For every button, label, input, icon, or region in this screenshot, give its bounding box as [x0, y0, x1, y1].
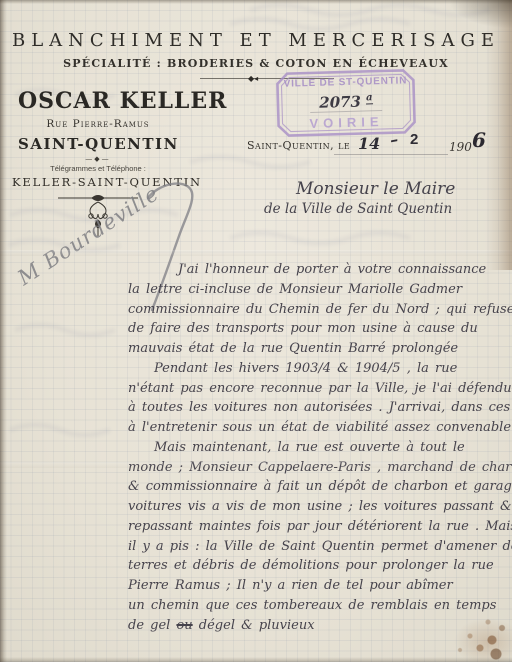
letter-body: J'ai l'honneur de porter à votre connais…	[128, 260, 510, 635]
dateline-day: 14	[358, 134, 380, 153]
letterhead-title: BLANCHIMENT ET MERCERISAGE	[0, 30, 512, 51]
foxing-stain	[430, 588, 512, 662]
letter-line: & commissionnaire à fait un dépôt de cha…	[128, 477, 510, 497]
telegraph-name: KELLER-SAINT-QUENTIN	[12, 175, 184, 189]
bottom-edge-shadow	[0, 657, 512, 662]
letter-line: mauvais état de la rue Quentin Barré pro…	[128, 339, 510, 359]
letter-line: à l'entretenir sous un état de viabilité…	[128, 418, 510, 438]
letter-line: Pendant les hivers 1903/4 & 1904/5 , la …	[128, 359, 510, 379]
stamp-number-suffix: a	[366, 92, 373, 104]
letter-line: il y a pis : la Ville de Saint Quentin p…	[128, 537, 510, 557]
dateline-year-digit: 6	[472, 128, 486, 152]
recipient-line-1: Monsieur le Maire	[296, 179, 455, 199]
fold-crease	[0, 462, 512, 468]
letter-line: n'étant pas encore reconnue par la Ville…	[128, 379, 510, 399]
struck-word: ou	[176, 618, 192, 633]
letter-page: BLANCHIMENT ET MERCERISAGE SPÉCIALITÉ : …	[0, 0, 512, 662]
recipient-line-2: de la Ville de Saint Quentin	[264, 201, 452, 217]
letter-line: Mais maintenant, la rue est ouverte à to…	[128, 438, 510, 458]
sender-street: Rue Pierre-Ramus	[18, 118, 178, 130]
telegraph-label: Télégrammes et Téléphone :	[18, 164, 178, 173]
letter-line: la lettre ci-incluse de Monsieur Marioll…	[128, 280, 510, 300]
dateline-fill-rule	[334, 154, 448, 155]
fold-crease	[0, 250, 512, 256]
left-edge-shadow	[0, 0, 7, 662]
letter-line: commissionnaire du Chemin de fer du Nord…	[128, 300, 510, 320]
municipal-stamp: VILLE DE ST-QUENTIN 2073 a VOIRIE	[275, 68, 417, 138]
letter-line: terres et débris de démolitions pour pro…	[128, 556, 510, 576]
divider-ornament-icon: ◆◂	[248, 74, 258, 83]
letter-line: voitures vis a vis de mon usine ; les vo…	[128, 497, 510, 517]
letterhead-subtitle: SPÉCIALITÉ : BRODERIES & COTON EN ÉCHEVE…	[0, 57, 512, 70]
stamp-number: 2073 a	[310, 92, 383, 113]
top-right-corner-shadow	[450, 0, 512, 28]
letter-line: à toutes les voitures non autorisées . J…	[128, 398, 510, 418]
letter-line: de faire des transports pour mon usine à…	[128, 319, 510, 339]
sender-divider-ornament-icon: —◆—	[18, 155, 178, 163]
sender-city: SAINT-QUENTIN	[18, 135, 178, 153]
dateline-month: 2	[410, 131, 418, 148]
top-edge-shadow	[0, 0, 512, 4]
sender-name: OSCAR KELLER	[18, 88, 178, 114]
dateline-year-prefix: 190	[449, 140, 472, 154]
letter-line: repassant maintes fois par jour détérior…	[128, 517, 510, 537]
dateline-printed-city: Saint-Quentin, le	[247, 139, 350, 152]
letter-line: J'ai l'honneur de porter à votre connais…	[128, 260, 510, 280]
right-edge-stain	[486, 0, 512, 270]
